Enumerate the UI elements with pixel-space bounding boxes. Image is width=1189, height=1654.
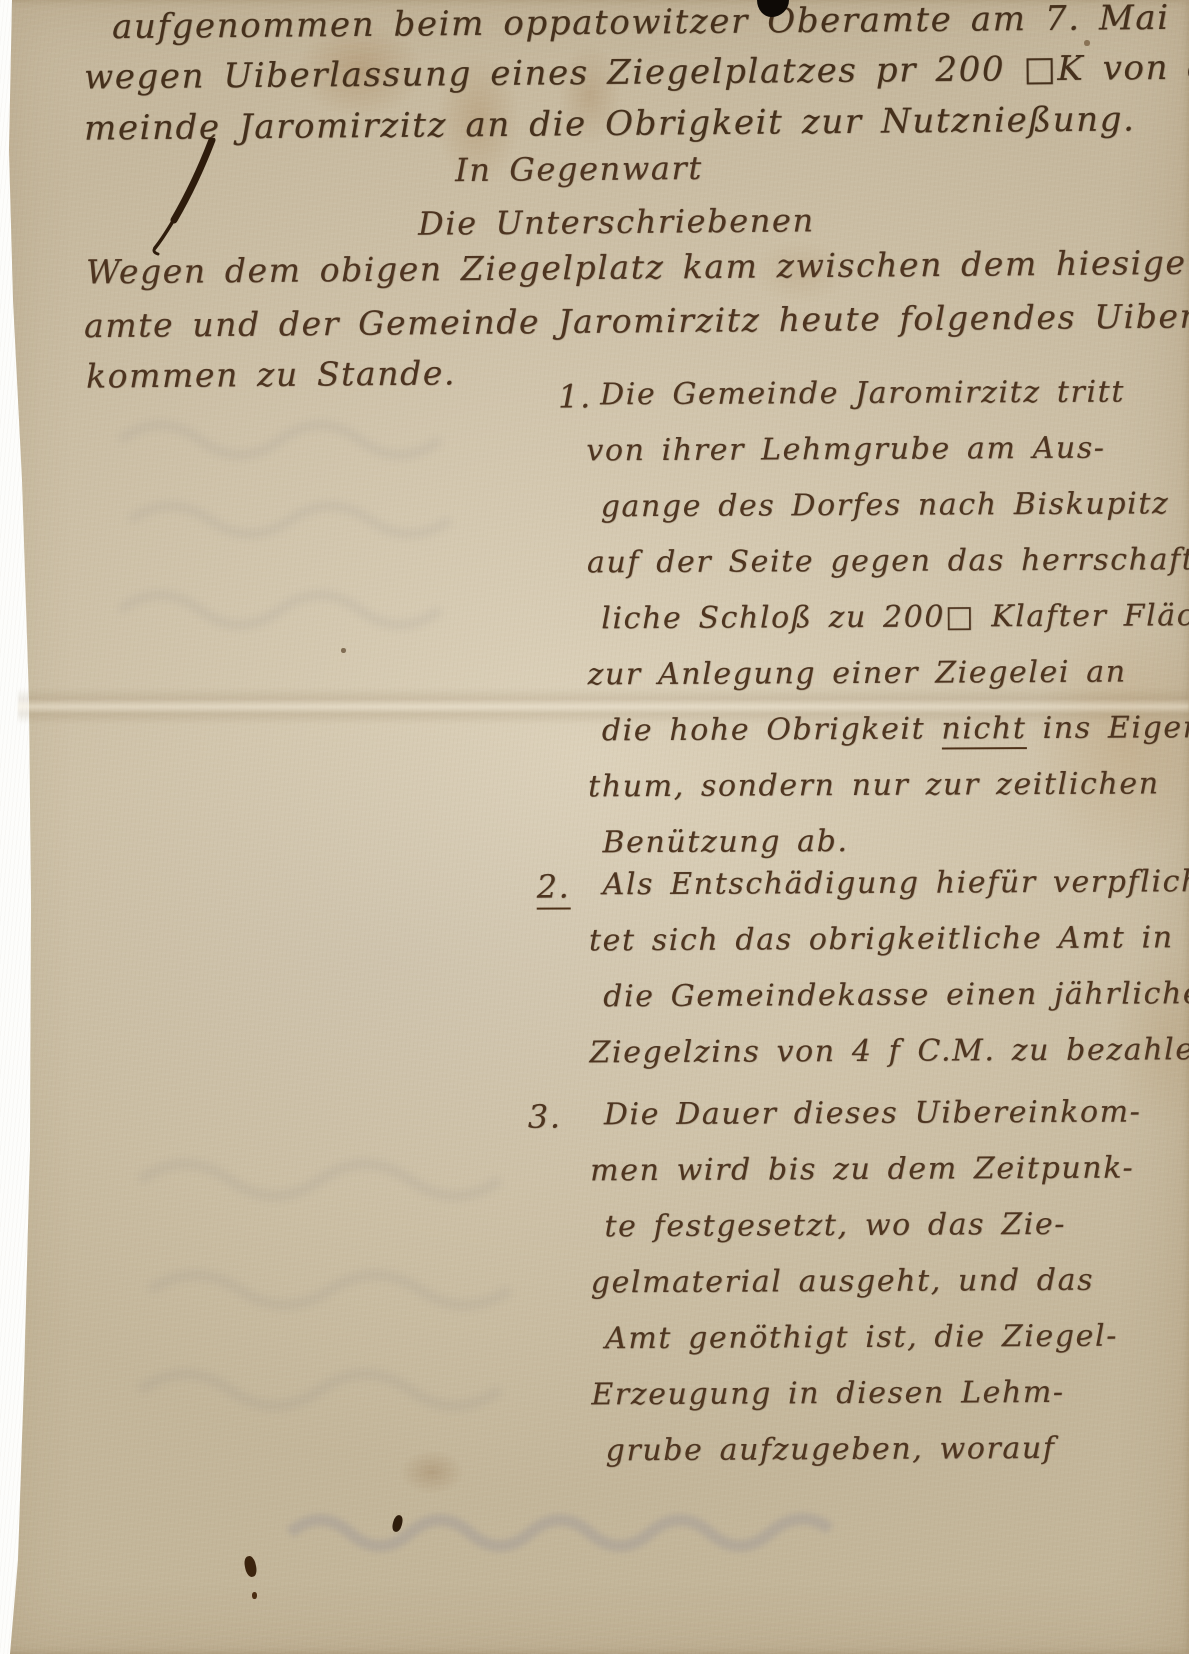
ink-speck xyxy=(252,1592,257,1599)
manuscript-line: thum, sondern nur zur zeitlichen xyxy=(524,766,1184,825)
manuscript-line-with-underline: die hohe Obrigkeit nicht ins Eigen- xyxy=(538,710,1189,769)
manuscript-line: Die Gemeinde Jaromirzitz tritt xyxy=(536,374,1189,433)
manuscript-line: von ihrer Lehmgrube am Aus- xyxy=(522,430,1182,489)
manuscript-line: men wird bis zu dem Zeitpunk- xyxy=(526,1150,1186,1209)
manuscript-line: zur Anlegung einer Ziegelei an xyxy=(523,654,1183,713)
manuscript-line: auf der Seite gegen das herrschaft- xyxy=(523,542,1183,601)
manuscript-line: grube aufzugeben, worauf xyxy=(542,1430,1189,1489)
manuscript-line: te festgesetzt, wo das Zie- xyxy=(540,1206,1189,1265)
manuscript-line: Ziegelzins von 4 f C.M. zu bezahlen xyxy=(525,1032,1185,1091)
ink-speck xyxy=(1084,40,1090,46)
manuscript-line: die Gemeindekasse einen jährlichen xyxy=(539,976,1189,1035)
manuscript-line: gange des Dorfes nach Biskupitz xyxy=(537,486,1189,545)
paraph-stroke-icon xyxy=(150,138,220,256)
bleed-through-text-icon xyxy=(285,1498,885,1558)
clause-1: 1. Die Gemeinde Jaromirzitz tritt von ih… xyxy=(522,374,1185,881)
bleed-through-ghost-icon xyxy=(130,1120,590,1440)
line-text: ins Eigen- xyxy=(1026,710,1189,746)
clause-3: 3. Die Dauer dieses Uibereinkom- men wir… xyxy=(526,1094,1188,1489)
manuscript-line: Amt genöthigt ist, die Ziegel- xyxy=(541,1318,1189,1377)
ink-speck xyxy=(341,648,346,653)
manuscript-line: Erzeugung in diesen Lehm- xyxy=(527,1374,1187,1433)
manuscript-line: Als Entschädigung hiefür verpflich- xyxy=(539,864,1189,923)
salutation-line-1: In Gegenwart xyxy=(455,149,703,189)
manuscript-line: tet sich das obrigkeitliche Amt in xyxy=(525,920,1185,979)
underlined-word: nicht xyxy=(941,711,1026,749)
line-text: die hohe Obrigkeit xyxy=(602,712,942,749)
manuscript-line: liche Schloß zu 200□ Klafter Fläche xyxy=(537,598,1189,657)
clause-2: 2. Als Entschädigung hiefür verpflich- t… xyxy=(525,864,1186,1091)
bleed-through-ghost-icon xyxy=(110,400,530,700)
intro-line-3: kommen zu Stande. xyxy=(86,353,456,395)
manuscript-line: Die Dauer dieses Uibereinkom- xyxy=(540,1094,1189,1153)
salutation-line-2: Die Unterschriebenen xyxy=(418,201,815,242)
manuscript-line: gelmaterial ausgeht, und das xyxy=(527,1262,1187,1321)
manuscript-scan: aufgenommen beim oppatowitzer Oberamte a… xyxy=(0,0,1189,1654)
